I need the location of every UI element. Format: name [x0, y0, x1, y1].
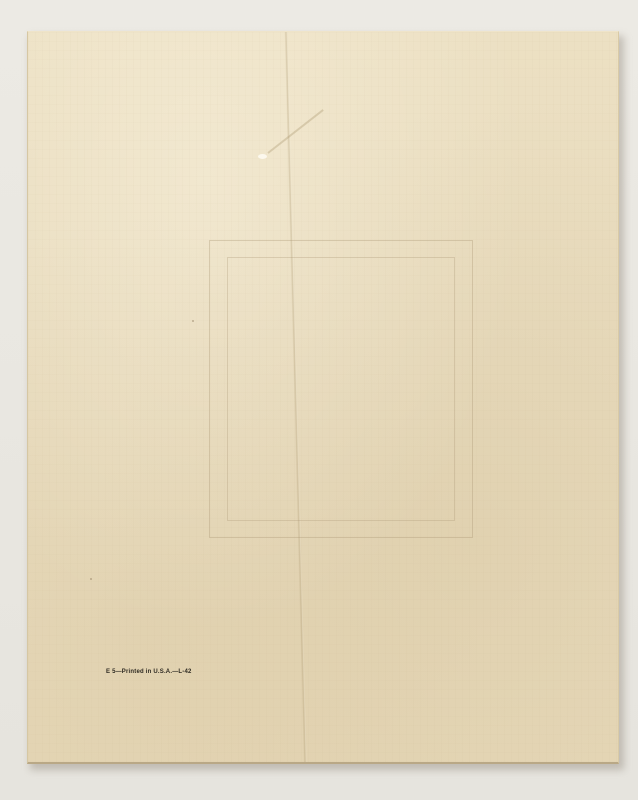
paper-speck: [192, 320, 194, 322]
paper-speck: [90, 578, 92, 580]
show-through-inner-frame: [227, 257, 455, 521]
crease-mark: [267, 109, 323, 154]
paper-wear-spot: [258, 154, 267, 159]
printer-imprint: E 5—Printed in U.S.A.—L-42: [106, 669, 192, 675]
back-cover-page: E 5—Printed in U.S.A.—L-42: [27, 31, 619, 764]
